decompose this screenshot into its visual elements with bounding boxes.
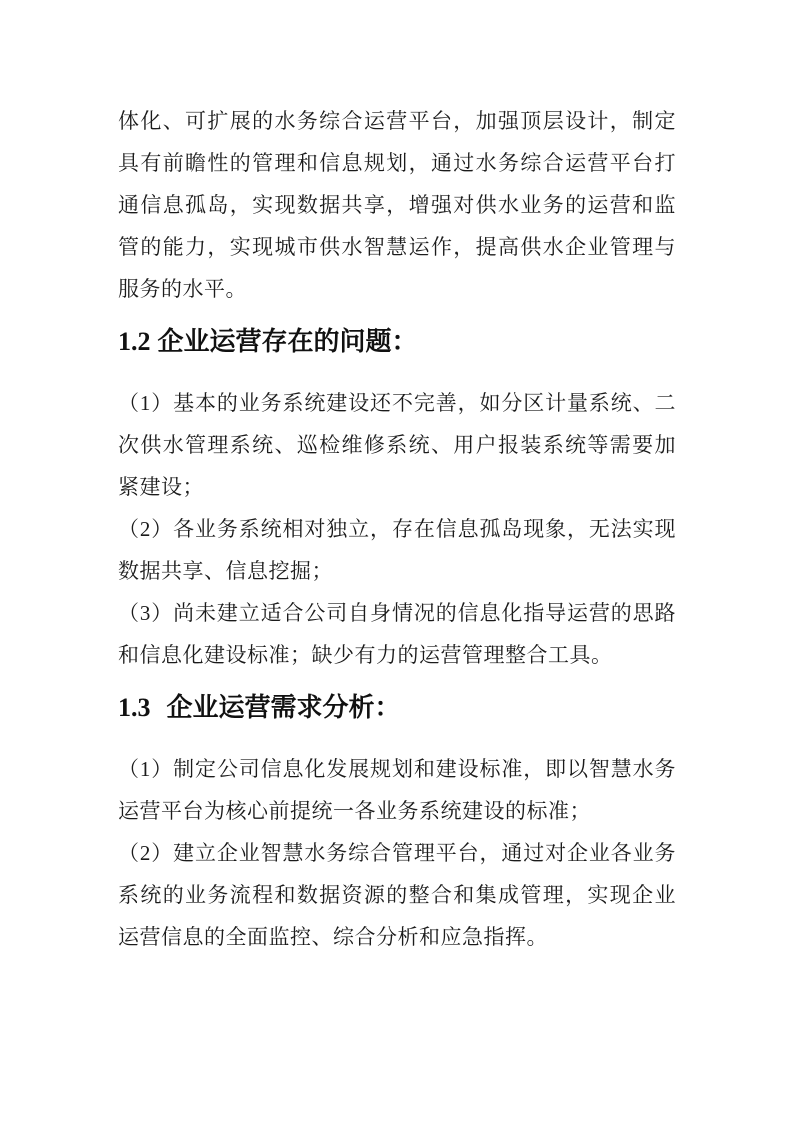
intro-paragraph: 体化、可扩展的水务综合运营平台，加强顶层设计，制定具有前瞻性的管理和信息规划，通… — [118, 100, 676, 310]
heading-title: 企业运营存在的问题： — [158, 327, 418, 356]
heading-title: 企业运营需求分析： — [167, 693, 401, 722]
heading-number: 1.2 — [118, 327, 151, 356]
list-paragraph-1-3-item-1: （1）制定公司信息化发展规划和建设标准，即以智慧水务运营平台为核心前提统一各业务… — [118, 748, 676, 832]
list-paragraph-1-2-item-1: （1）基本的业务系统建设还不完善，如分区计量系统、二次供水管理系统、巡检维修系统… — [118, 382, 676, 508]
heading-number: 1.3 — [118, 693, 151, 722]
section-heading-1-3: 1.3企业运营需求分析： — [118, 690, 676, 726]
section-heading-1-2: 1.2企业运营存在的问题： — [118, 324, 676, 360]
list-paragraph-1-2-item-2: （2）各业务系统相对独立，存在信息孤岛现象，无法实现数据共享、信息挖掘； — [118, 508, 676, 592]
list-paragraph-1-3-item-2: （2）建立企业智慧水务综合管理平台，通过对企业各业务系统的业务流程和数据资源的整… — [118, 832, 676, 958]
document-page: 体化、可扩展的水务综合运营平台，加强顶层设计，制定具有前瞻性的管理和信息规划，通… — [0, 0, 793, 1122]
list-paragraph-1-2-item-3: （3）尚未建立适合公司自身情况的信息化指导运营的思路和信息化建设标准；缺少有力的… — [118, 592, 676, 676]
